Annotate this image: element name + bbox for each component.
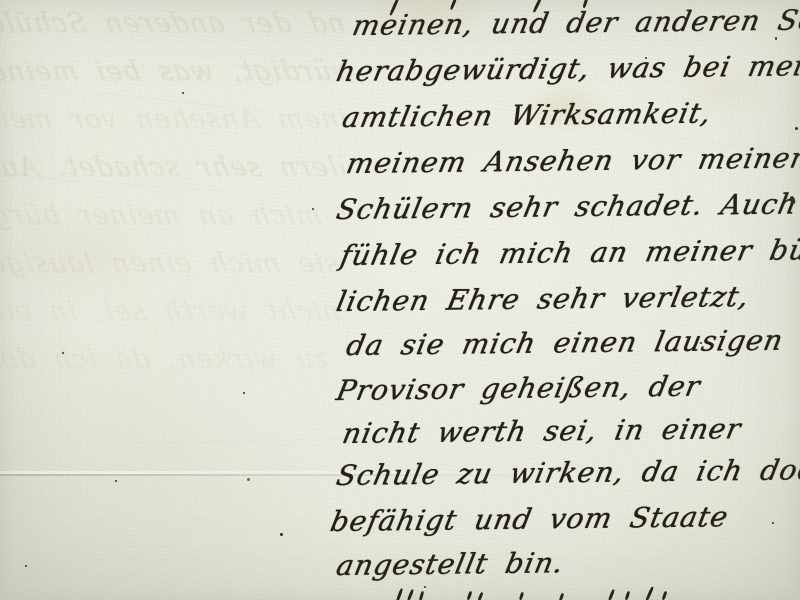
ink-speck	[775, 37, 777, 40]
show-through-line: da sie mich einen lausigen	[0, 250, 345, 277]
ink-speck	[424, 586, 426, 588]
handwritten-line: angestellt bin.	[334, 549, 566, 580]
show-through-line: Schule zu wirken, da ich doch	[0, 346, 345, 373]
handwritten-line: da sie mich einen lausigen	[344, 327, 786, 360]
show-through-line: meinem Ansehen vor meinen	[0, 106, 345, 133]
show-through-line: meinen, und der anderen Schülern	[0, 10, 345, 37]
handwritten-line: amtlichen Wirksamkeit,	[340, 100, 714, 132]
ink-speck	[645, 57, 647, 59]
ink-speck	[532, 30, 534, 32]
handwritten-line: befähigt und vom Staate	[328, 503, 731, 536]
ink-speck	[243, 392, 245, 394]
handwritten-line: herabgewürdigt, was bei meiner	[334, 52, 800, 86]
show-through-line: nicht werth sei, in einer	[0, 298, 343, 325]
ink-speck	[795, 127, 798, 130]
ink-speck	[25, 565, 27, 567]
ink-speck	[312, 208, 314, 210]
handwritten-line: Schülern sehr schadet. Auch	[334, 190, 800, 224]
handwritten-line: meinen, und der anderen Schülern	[350, 5, 800, 40]
ink-speck	[62, 352, 64, 354]
show-through-layer: meinen, und der anderen Schülern herabge…	[0, 0, 345, 480]
show-through-line: herabgewürdigt, was bei meiner	[0, 58, 345, 85]
paper-wrinkle	[0, 79, 279, 112]
show-through-line: fühle ich mich an meiner bürger-	[0, 202, 345, 229]
ink-speck	[700, 342, 702, 344]
ink-speck	[280, 533, 283, 536]
dust-speck	[247, 478, 250, 481]
ink-speck	[115, 480, 117, 482]
handwritten-line: Provisor geheißen, der	[334, 373, 703, 405]
paper-wrinkle	[55, 437, 355, 444]
ink-speck	[772, 522, 774, 524]
ink-speck	[182, 92, 184, 94]
handwritten-line: nicht werth sei, in einer	[340, 415, 744, 448]
handwritten-line: lichen Ehre sehr verletzt,	[334, 283, 752, 316]
letter-page: meinen, und der anderen Schülern herabge…	[0, 0, 800, 600]
handwritten-line: fühle ich mich an meiner bürger-	[338, 235, 800, 270]
handwritten-line: Schule zu wirken, da ich doch	[334, 456, 800, 490]
paper-wrinkle	[0, 173, 250, 193]
handwritten-line: meinem Ansehen vor meinen	[344, 144, 800, 178]
